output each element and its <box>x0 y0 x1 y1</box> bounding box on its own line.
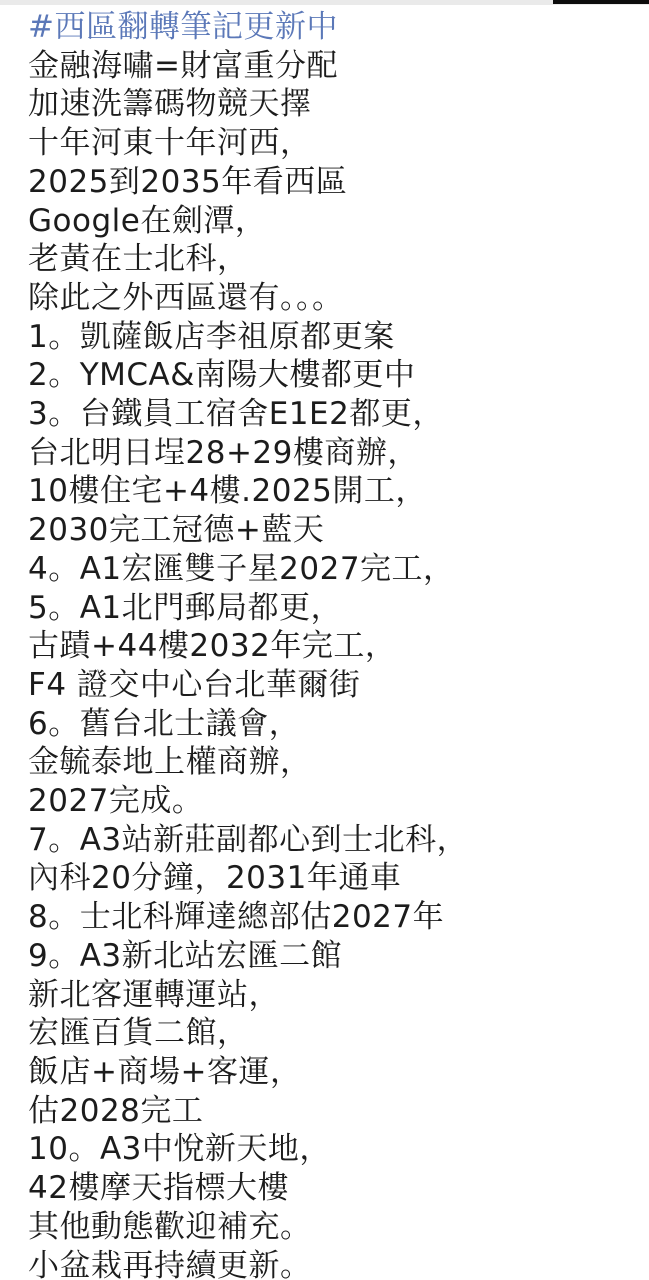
text-line: 宏匯百貨二館， <box>28 1014 639 1053</box>
text-line: 金融海嘯=財富重分配 <box>28 47 639 86</box>
text-line: 7。A3站新莊副都心到士北科， <box>28 821 639 860</box>
text-line: 10。A3中悅新天地， <box>28 1130 639 1169</box>
text-line: 2030完工冠德+藍天 <box>28 511 639 550</box>
text-line: 新北客運轉運站， <box>28 976 639 1015</box>
text-line: 8。士北科輝達總部估2027年 <box>28 898 639 937</box>
text-line: 內科20分鐘，2031年通車 <box>28 859 639 898</box>
text-line: 其他動態歡迎補充。 <box>28 1208 639 1247</box>
text-line: 42樓摩天指標大樓 <box>28 1169 639 1208</box>
text-line: 老黃在士北科， <box>28 240 639 279</box>
text-line: 2027完成。 <box>28 782 639 821</box>
text-line: 2025到2035年看西區 <box>28 163 639 202</box>
text-line: 加速洗籌碼物競天擇 <box>28 85 639 124</box>
text-line: 金毓泰地上權商辦， <box>28 743 639 782</box>
text-line: 飯店+商場+客運， <box>28 1053 639 1092</box>
text-line: 3。台鐵員工宿舍E1E2都更， <box>28 395 639 434</box>
text-line: 估2028完工 <box>28 1092 639 1131</box>
text-line: 9。A3新北站宏匯二館 <box>28 937 639 976</box>
text-line: Google在劍潭， <box>28 202 639 241</box>
text-line: 4。A1宏匯雙子星2027完工， <box>28 550 639 589</box>
text-line: 1。凱薩飯店李祖原都更案 <box>28 318 639 357</box>
text-line: F4 證交中心台北華爾街 <box>28 666 639 705</box>
post-text: #西區翻轉筆記更新中 金融海嘯=財富重分配加速洗籌碼物競天擇十年河東十年河西，2… <box>0 0 649 1280</box>
text-line: 5。A1北門郵局都更， <box>28 589 639 628</box>
hashtag-link[interactable]: #西區翻轉筆記更新中 <box>28 8 639 47</box>
text-line: 十年河東十年河西， <box>28 124 639 163</box>
text-line: 2。YMCA&南陽大樓都更中 <box>28 356 639 395</box>
text-line: 小盆栽再持續更新。 <box>28 1247 639 1280</box>
text-line: 古蹟+44樓2032年完工， <box>28 627 639 666</box>
text-line: 6。舊台北士議會， <box>28 705 639 744</box>
text-line: 10樓住宅+4樓.2025開工， <box>28 472 639 511</box>
post-screenshot: #西區翻轉筆記更新中 金融海嘯=財富重分配加速洗籌碼物競天擇十年河東十年河西，2… <box>0 0 649 1280</box>
post-lines: 金融海嘯=財富重分配加速洗籌碼物競天擇十年河東十年河西，2025到2035年看西… <box>28 47 639 1280</box>
text-line: 台北明日埕28+29樓商辦， <box>28 434 639 473</box>
text-line: 除此之外西區還有。。。 <box>28 279 639 318</box>
